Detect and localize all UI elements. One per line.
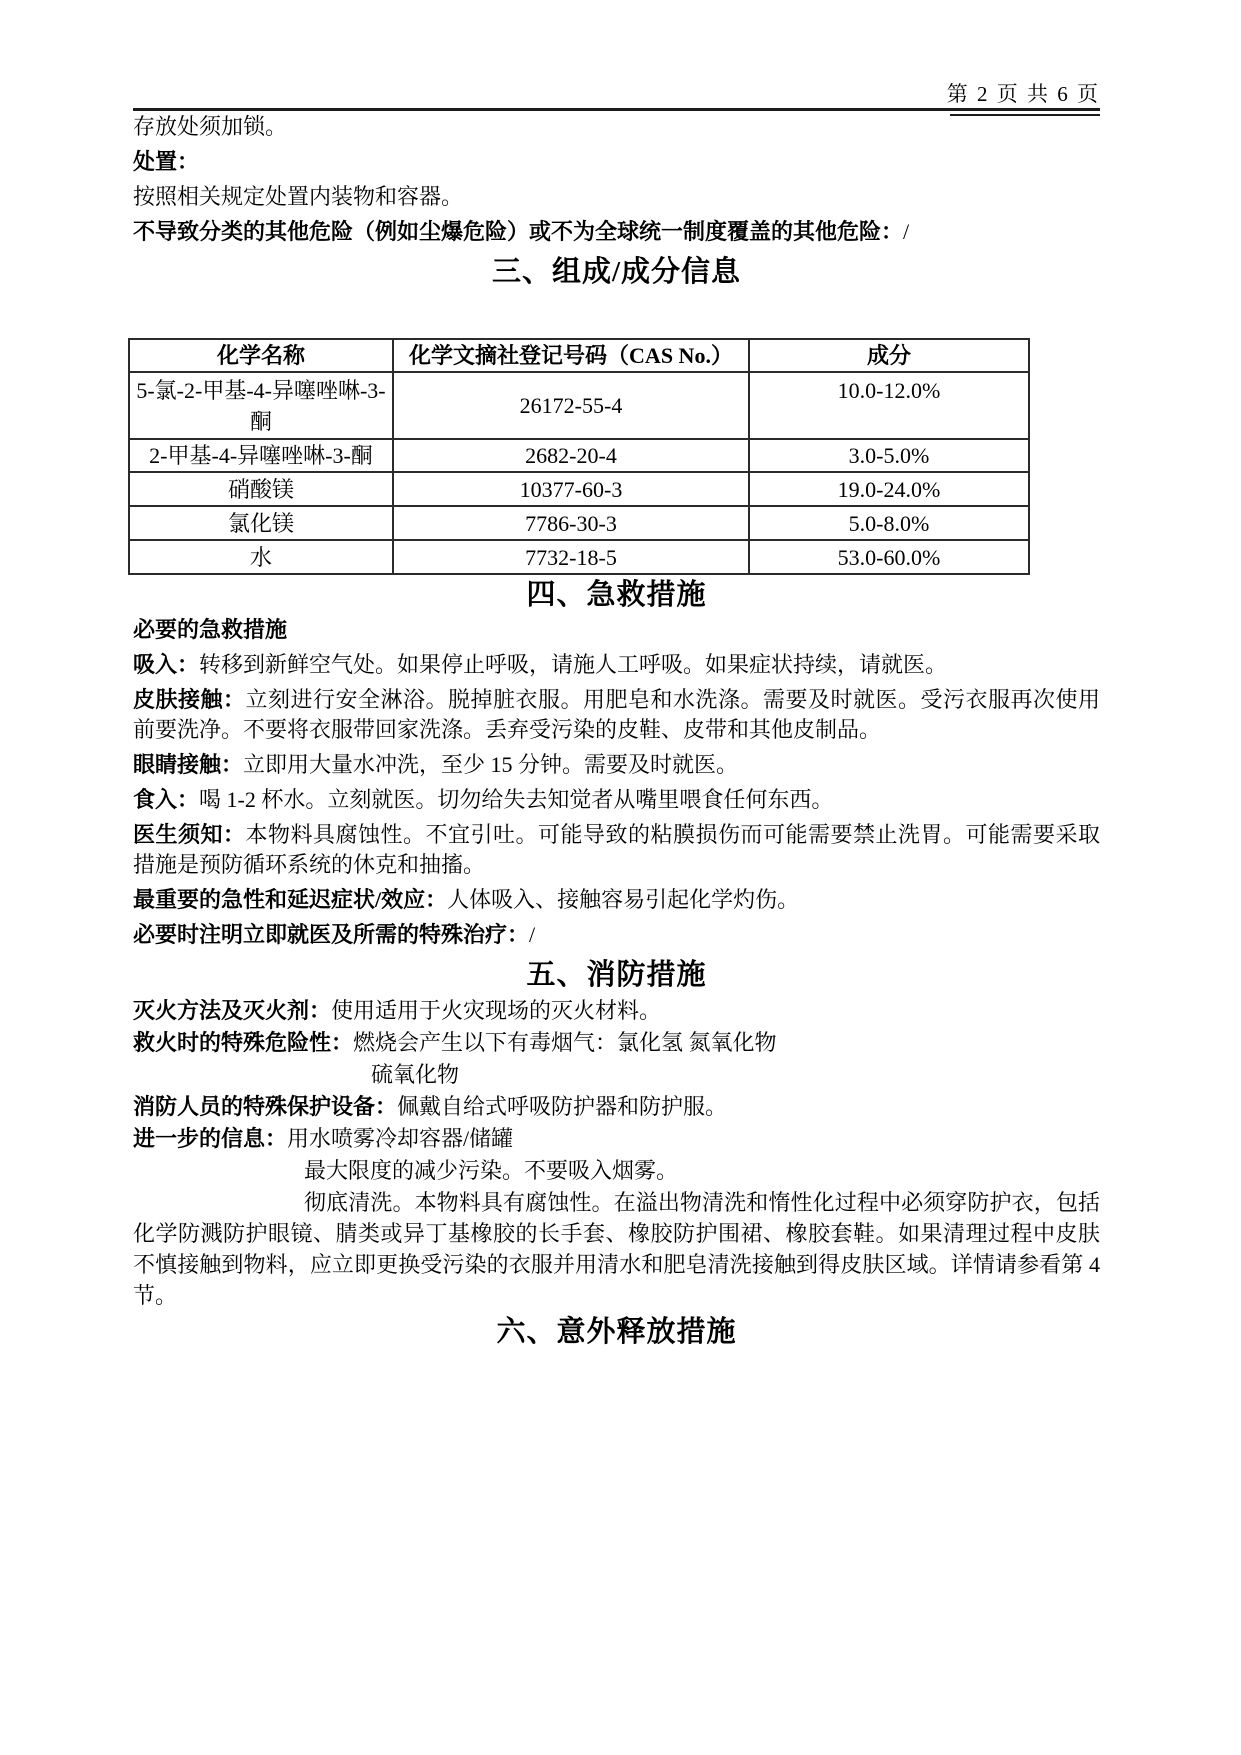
storage-note: 存放处须加锁。	[133, 112, 1100, 142]
cell-content: 19.0-24.0%	[749, 472, 1029, 506]
cell-content: 10.0-12.0%	[749, 372, 1029, 439]
section5-title: 五、消防措施	[133, 955, 1100, 995]
item-label: 进一步的信息：	[133, 1126, 287, 1151]
cell-cas: 26172-55-4	[393, 372, 749, 439]
table-row: 氯化镁 7786-30-3 5.0-8.0%	[129, 506, 1029, 540]
cell-chemical-name: 2-甲基-4-异噻唑啉-3-酮	[129, 439, 393, 472]
table-row: 硝酸镁 10377-60-3 19.0-24.0%	[129, 472, 1029, 506]
first-aid-inhalation: 吸入：转移到新鲜空气处。如果停止呼吸，请施人工呼吸。如果症状持续，请就医。	[133, 650, 1100, 680]
cell-chemical-name: 水	[129, 540, 393, 574]
item-label: 皮肤接触：	[133, 687, 246, 712]
page-number: 第 2 页 共 6 页	[947, 78, 1100, 108]
fire-further-info-line3: 彻底清洗。本物料具有腐蚀性。在溢出物清洗和惰性化过程中必须穿防护衣，包括化学防溅…	[133, 1187, 1100, 1311]
cell-cas: 2682-20-4	[393, 439, 749, 472]
cell-cas: 10377-60-3	[393, 472, 749, 506]
item-label: 最重要的急性和延迟症状/效应：	[133, 887, 447, 912]
document-content: 存放处须加锁。 处置： 按照相关规定处置内装物和容器。 不导致分类的其他危险（例…	[133, 112, 1100, 1352]
first-aid-symptoms-effects: 最重要的急性和延迟症状/效应：人体吸入、接触容易引起化学灼伤。	[133, 885, 1100, 915]
fire-extinguishing-media: 灭火方法及灭火剂：使用适用于火灾现场的灭火材料。	[133, 995, 1100, 1026]
table-row: 5-氯-2-甲基-4-异噻唑啉-3-酮 26172-55-4 10.0-12.0…	[129, 372, 1029, 439]
first-aid-subtitle: 必要的急救措施	[133, 615, 1100, 645]
item-text: 喝 1-2 杯水。立刻就医。切勿给失去知觉者从嘴里喂食任何东西。	[199, 787, 833, 812]
section3-title: 三、组成/成分信息	[133, 252, 1100, 292]
item-label: 医生须知：	[133, 822, 246, 847]
item-label: 吸入：	[133, 652, 199, 677]
disposal-text: 按照相关规定处置内装物和容器。	[133, 182, 1100, 212]
table-row: 水 7732-18-5 53.0-60.0%	[129, 540, 1029, 574]
item-label: 救火时的特殊危险性：	[133, 1030, 353, 1055]
other-hazards-label: 不导致分类的其他危险（例如尘爆危险）或不为全球统一制度覆盖的其他危险：	[133, 219, 903, 244]
column-header-chemical-name: 化学名称	[129, 339, 393, 372]
item-text: 人体吸入、接触容易引起化学灼伤。	[447, 887, 799, 912]
table-header-row: 化学名称 化学文摘社登记号码（CAS No.） 成分	[129, 339, 1029, 372]
item-label: 灭火方法及灭火剂：	[133, 998, 331, 1023]
section4-title: 四、急救措施	[133, 575, 1100, 615]
item-text: 本物料具腐蚀性。不宜引吐。可能导致的粘膜损伤而可能需要禁止洗胃。可能需要采取措施…	[133, 822, 1100, 877]
column-header-content: 成分	[749, 339, 1029, 372]
fire-special-hazards-line2: 硫氧化物	[133, 1059, 1100, 1090]
document-page: 第 2 页 共 6 页 存放处须加锁。 处置： 按照相关规定处置内装物和容器。 …	[0, 0, 1241, 1755]
item-text: 立刻进行安全淋浴。脱掉脏衣服。用肥皂和水洗涤。需要及时就医。受污衣服再次使用前要…	[133, 687, 1100, 742]
item-text: 使用适用于火灾现场的灭火材料。	[331, 998, 661, 1023]
cell-cas: 7732-18-5	[393, 540, 749, 574]
disposal-label: 处置：	[133, 147, 1100, 177]
cell-chemical-name: 5-氯-2-甲基-4-异噻唑啉-3-酮	[129, 372, 393, 439]
item-text: 立即用大量水冲洗，至少 15 分钟。需要及时就医。	[243, 752, 738, 777]
header-rule	[133, 108, 1100, 111]
first-aid-eye-contact: 眼睛接触：立即用大量水冲洗，至少 15 分钟。需要及时就医。	[133, 750, 1100, 780]
table-row: 2-甲基-4-异噻唑啉-3-酮 2682-20-4 3.0-5.0%	[129, 439, 1029, 472]
item-label: 食入：	[133, 787, 199, 812]
cell-content: 53.0-60.0%	[749, 540, 1029, 574]
cell-chemical-name: 硝酸镁	[129, 472, 393, 506]
other-hazards-line: 不导致分类的其他危险（例如尘爆危险）或不为全球统一制度覆盖的其他危险：/	[133, 217, 1100, 247]
first-aid-note-to-physician: 医生须知：本物料具腐蚀性。不宜引吐。可能导致的粘膜损伤而可能需要禁止洗胃。可能需…	[133, 820, 1100, 880]
item-label: 必要时注明立即就医及所需的特殊治疗：	[133, 922, 529, 947]
item-text: /	[529, 922, 535, 947]
cell-content: 3.0-5.0%	[749, 439, 1029, 472]
fire-further-info-line2: 最大限度的减少污染。不要吸入烟雾。	[133, 1155, 1100, 1186]
fire-further-info: 进一步的信息：用水喷雾冷却容器/储罐	[133, 1123, 1100, 1154]
item-text: 用水喷雾冷却容器/储罐	[287, 1126, 513, 1151]
item-text: 转移到新鲜空气处。如果停止呼吸，请施人工呼吸。如果症状持续，请就医。	[199, 652, 947, 677]
item-label: 消防人员的特殊保护设备：	[133, 1094, 397, 1119]
item-label: 眼睛接触：	[133, 752, 243, 777]
first-aid-ingestion: 食入：喝 1-2 杯水。立刻就医。切勿给失去知觉者从嘴里喂食任何东西。	[133, 785, 1100, 815]
item-text: 佩戴自给式呼吸防护器和防护服。	[397, 1094, 727, 1119]
composition-table: 化学名称 化学文摘社登记号码（CAS No.） 成分 5-氯-2-甲基-4-异噻…	[128, 338, 1030, 575]
column-header-cas-no: 化学文摘社登记号码（CAS No.）	[393, 339, 749, 372]
cell-cas: 7786-30-3	[393, 506, 749, 540]
fire-protective-equipment: 消防人员的特殊保护设备：佩戴自给式呼吸防护器和防护服。	[133, 1091, 1100, 1122]
cell-chemical-name: 氯化镁	[129, 506, 393, 540]
first-aid-skin-contact: 皮肤接触：立刻进行安全淋浴。脱掉脏衣服。用肥皂和水洗涤。需要及时就医。受污衣服再…	[133, 685, 1100, 745]
first-aid-special-treatment: 必要时注明立即就医及所需的特殊治疗：/	[133, 920, 1100, 950]
other-hazards-value: /	[903, 219, 909, 244]
section6-title: 六、意外释放措施	[133, 1312, 1100, 1352]
item-text: 燃烧会产生以下有毒烟气：氯化氢 氮氧化物	[353, 1030, 777, 1055]
cell-content: 5.0-8.0%	[749, 506, 1029, 540]
fire-special-hazards: 救火时的特殊危险性：燃烧会产生以下有毒烟气：氯化氢 氮氧化物	[133, 1027, 1100, 1058]
